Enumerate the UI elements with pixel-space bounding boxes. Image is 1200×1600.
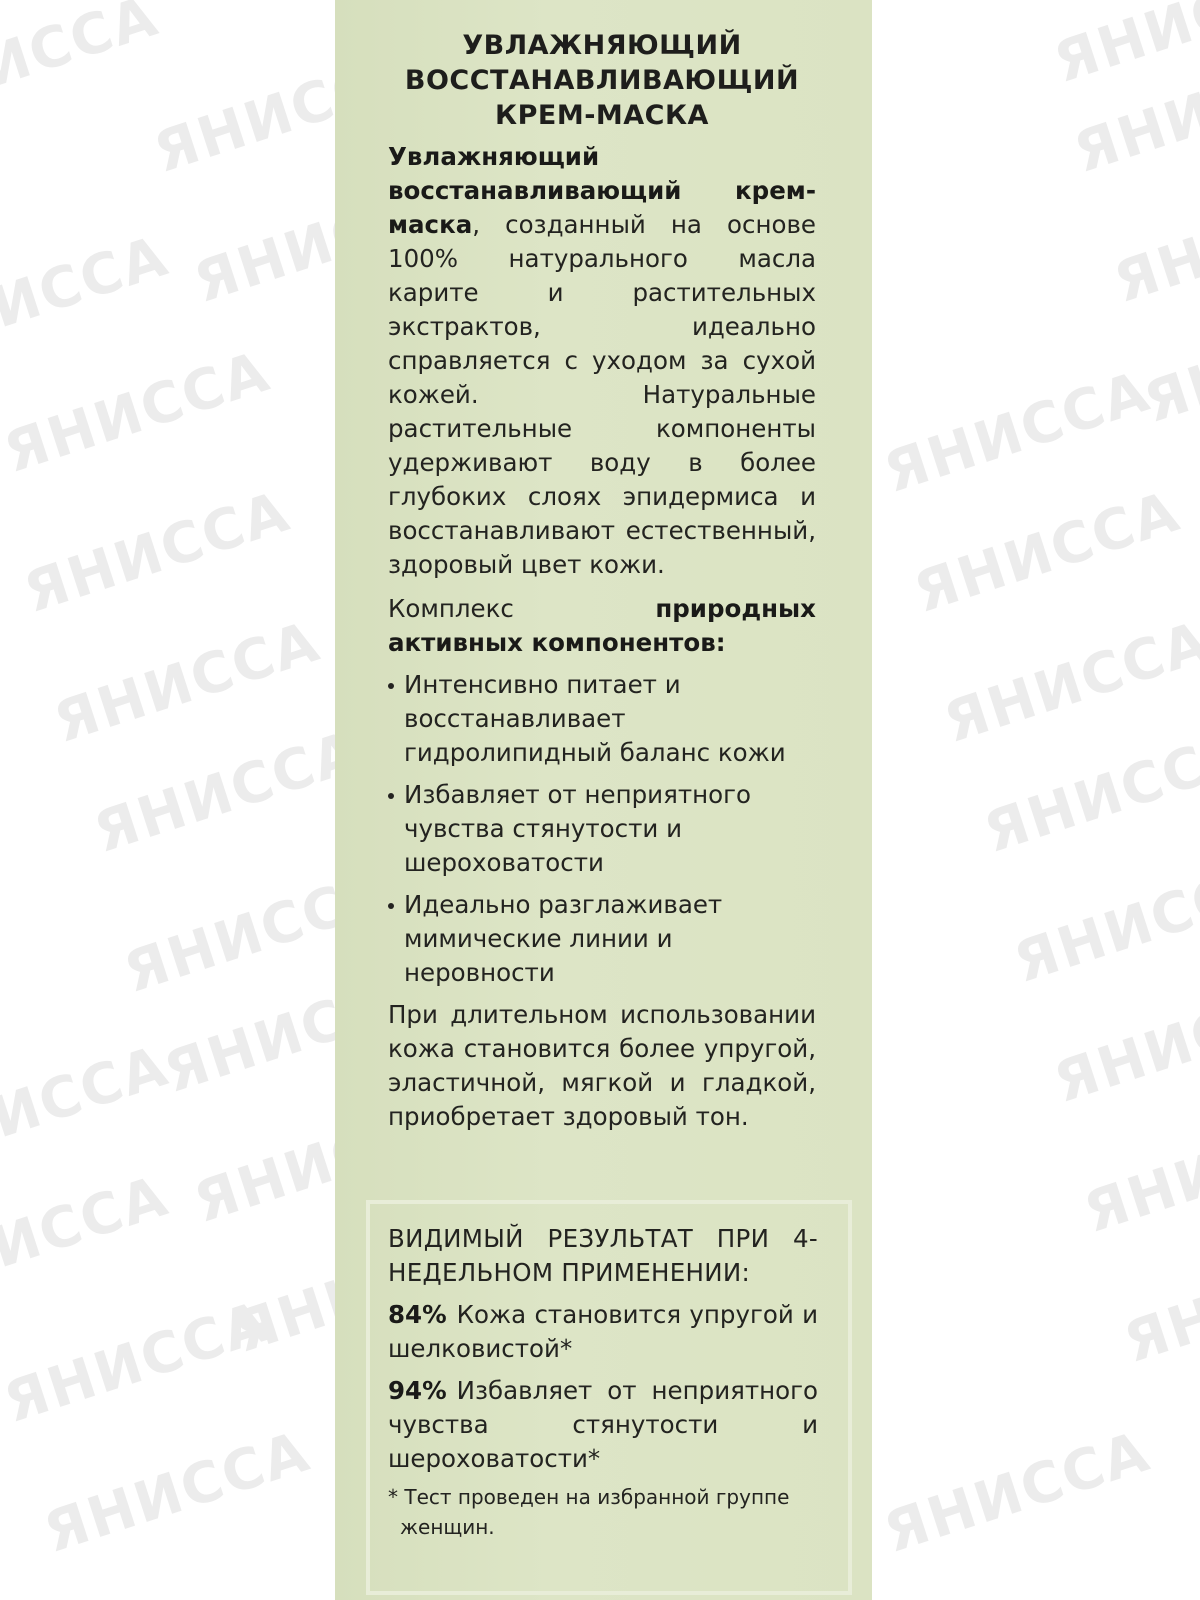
- watermark-logo: ИССА: [0, 1034, 176, 1152]
- title-line: УВЛАЖНЯЮЩИЙ: [358, 28, 846, 63]
- watermark-logo: ЯНИССА: [977, 719, 1200, 866]
- intro-paragraph: Увлажняющий восстанавливающий крем-маска…: [388, 140, 816, 582]
- benefit-item: Идеально разглаживает мимические линии и…: [388, 888, 816, 990]
- benefit-text: Интенсивно питает и восстанавливает гидр…: [404, 670, 786, 767]
- watermark-logo: ЯНИССА: [907, 479, 1188, 626]
- watermark-logo: ЯНИССА: [1007, 849, 1200, 996]
- stat-percent: 84%: [388, 1300, 447, 1329]
- watermark-logo: ЯНИССА: [37, 1419, 318, 1566]
- watermark-logo: ИССА: [0, 0, 166, 101]
- watermark-logo: ЯНИССА: [877, 359, 1158, 506]
- results-heading: ВИДИМЫЙ РЕЗУЛЬТАТ ПРИ 4-НЕДЕЛЬНОМ ПРИМЕН…: [388, 1222, 818, 1290]
- benefits-list: Интенсивно питает и восстанавливает гидр…: [388, 668, 816, 990]
- product-description-panel: УВЛАЖНЯЮЩИЙ ВОССТАНАВЛИВАЮЩИЙ КРЕМ-МАСКА…: [335, 0, 872, 1600]
- watermark-logo: ЯНИССА: [17, 479, 298, 626]
- watermark-logo: ЯНИССА: [1047, 0, 1200, 96]
- benefit-text: Идеально разглаживает мимические линии и…: [404, 890, 722, 987]
- title-line: ВОССТАНАВЛИВАЮЩИЙ: [358, 63, 846, 98]
- watermark-logo: ЯНИССА: [1067, 39, 1200, 186]
- complex-heading: Комплекс природных активных компонентов:: [388, 592, 816, 660]
- benefit-item: Избавляет от неприятного чувства стянуто…: [388, 778, 816, 880]
- watermark-logo: ЯНИССА: [0, 339, 278, 486]
- intro-text: , созданный на основе 100% натурального …: [388, 210, 816, 579]
- watermark-logo: ЯНИССА: [937, 609, 1200, 756]
- watermark-logo: ЯНИССА: [1077, 1099, 1200, 1246]
- result-stat: 84%Кожа становится упругой и шелковистой…: [388, 1298, 818, 1366]
- bullet-icon: [388, 903, 394, 909]
- watermark-logo: ЯНИССА: [1137, 289, 1200, 436]
- title-line: КРЕМ-МАСКА: [358, 98, 846, 133]
- footnote: * Тест проведен на избранной группе женщ…: [388, 1482, 818, 1542]
- watermark-logo: ЯНИССА: [1047, 969, 1200, 1116]
- stat-percent: 94%: [388, 1376, 447, 1405]
- watermark-logo: ЯНИССА: [1117, 1229, 1200, 1376]
- bullet-icon: [388, 683, 394, 689]
- complex-text: Комплекс: [388, 594, 655, 623]
- stat-text: Избавляет от неприятного чувства стянуто…: [388, 1376, 818, 1473]
- watermark-logo: ЯНИССА: [87, 719, 368, 866]
- stat-text: Кожа становится упругой и шелковистой*: [388, 1300, 818, 1363]
- result-stat: 94%Избавляет от неприятного чувства стян…: [388, 1374, 818, 1476]
- watermark-logo: ИССА: [0, 224, 176, 342]
- results-box: ВИДИМЫЙ РЕЗУЛЬТАТ ПРИ 4-НЕДЕЛЬНОМ ПРИМЕН…: [366, 1200, 852, 1595]
- watermark-logo: ЯНИССА: [1107, 169, 1200, 316]
- benefit-text: Избавляет от неприятного чувства стянуто…: [404, 780, 751, 877]
- bullet-icon: [388, 793, 394, 799]
- product-title: УВЛАЖНЯЮЩИЙ ВОССТАНАВЛИВАЮЩИЙ КРЕМ-МАСКА: [358, 28, 846, 133]
- benefit-item: Интенсивно питает и восстанавливает гидр…: [388, 668, 816, 770]
- watermark-logo: ЯНИССА: [877, 1419, 1158, 1566]
- usage-paragraph: При длительном использовании кожа станов…: [388, 998, 816, 1134]
- watermark-logo: ЯНИССА: [0, 1289, 278, 1436]
- watermark-logo: ЯНИССА: [47, 609, 328, 756]
- watermark-logo: ИССА: [0, 1164, 176, 1282]
